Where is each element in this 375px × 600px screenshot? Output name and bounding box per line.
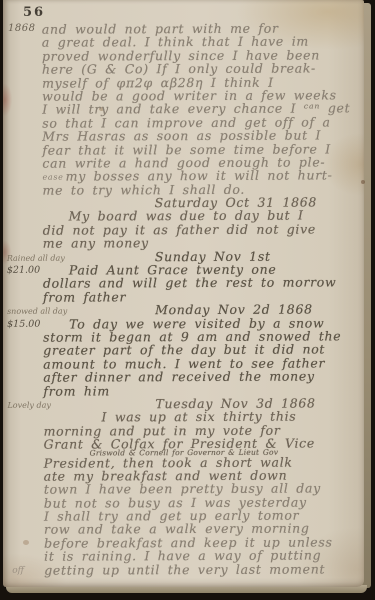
line-text: me any money <box>43 235 149 250</box>
line-text: from him <box>43 383 110 398</box>
margin-note: off <box>12 564 24 577</box>
page-number: 56 <box>23 5 45 20</box>
lines: and would not part with me fora great de… <box>42 21 353 576</box>
margin-year: 1868 <box>8 23 35 34</box>
paper-stain <box>23 540 29 545</box>
margin-note: $21.00 <box>7 264 40 278</box>
line-text: getting up until the very last moment <box>44 561 325 577</box>
journal-line: offgetting up until the very last moment <box>44 562 353 577</box>
line-text: from father <box>43 289 126 304</box>
inserted-word: ease <box>42 173 63 182</box>
journal-line: dollars and will get the rest to morrow <box>43 276 352 291</box>
journal-line: after dinner and received the money <box>43 369 352 384</box>
journal-page: 56 1868 and would not part with me fora … <box>3 0 364 587</box>
diary-photo: 56 1868 and would not part with me fora … <box>0 0 375 600</box>
journal-line: did not pay it as father did not give <box>43 222 352 237</box>
paper-stain <box>361 180 365 184</box>
margin-note: $15.00 <box>7 317 40 331</box>
